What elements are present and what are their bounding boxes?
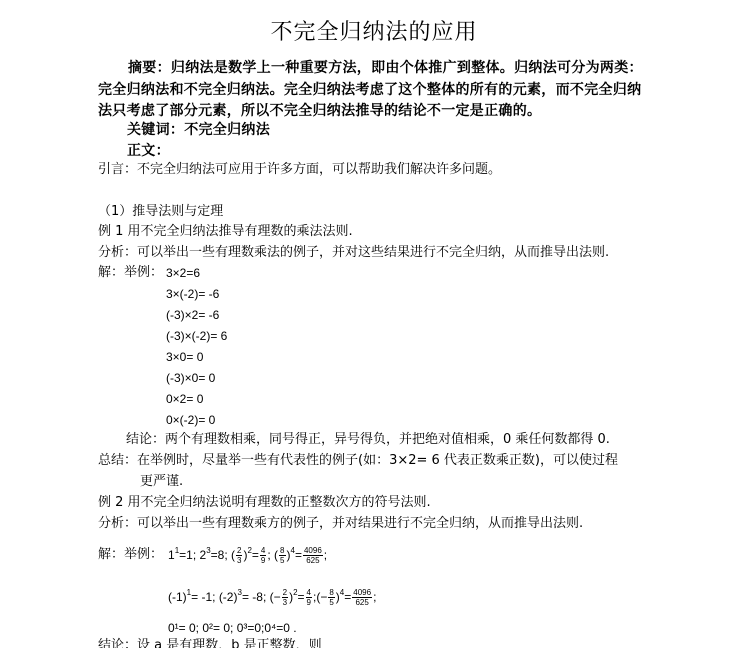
fraction: 49 xyxy=(260,546,266,565)
power-examples-zero: 0¹= 0; 0²= 0; 0³=0;0⁴=0 . xyxy=(168,618,297,638)
example-1-summary-line-1: 总结：在举例时，尽量举一些有代表性的例子(如：3×2= 6 代表正数乘正数)，可… xyxy=(98,451,618,471)
body-heading: 正文： xyxy=(127,141,170,161)
fraction: 23 xyxy=(282,588,288,607)
fraction: 4096625 xyxy=(303,546,323,565)
equation-8: 0×(-2)= 0 xyxy=(166,410,215,430)
abstract-line-2: 完全归纳法和不完全归纳法。完全归纳法考虑了这个整体的所有的元素，而不完全归纳 xyxy=(98,80,641,100)
equation-5: 3×0= 0 xyxy=(166,347,203,367)
equation-2: 3×(-2)= -6 xyxy=(166,284,219,304)
example-1-solution-label: 解：举例： xyxy=(98,263,163,283)
example-2-title: 例 2 用不完全归纳法说明有理数的正整数次方的符号法则. xyxy=(98,493,431,513)
example-1-summary-line-2: 更严谨. xyxy=(140,472,183,492)
abstract-line-3: 法只考虑了部分元素，所以不完全归纳法推导的结论不一定是正确的。 xyxy=(98,101,541,121)
example-1-analysis: 分析：可以举出一些有理数乘法的例子，并对这些结果进行不完全归纳，从而推导出法则. xyxy=(98,243,609,263)
equation-6: (-3)×0= 0 xyxy=(166,368,215,388)
fraction: 85 xyxy=(279,546,285,565)
section-heading: （1）推导法则与定理 xyxy=(98,202,223,222)
equation-7: 0×2= 0 xyxy=(166,389,203,409)
intro-paragraph: 引言：不完全归纳法可应用于许多方面，可以帮助我们解决许多问题。 xyxy=(98,160,501,180)
equation-1: 3×2=6 xyxy=(166,263,200,283)
keywords: 关键词：不完全归纳法 xyxy=(127,120,270,140)
example-1-title: 例 1 用不完全归纳法推导有理数的乘法法则. xyxy=(98,222,353,242)
document-title: 不完全归纳法的应用 xyxy=(0,18,748,48)
document-page: 不完全归纳法的应用 摘要：归纳法是数学上一种重要方法，即由个体推广到整体。归纳法… xyxy=(0,0,748,648)
example-1-conclusion: 结论：两个有理数相乘，同号得正，异号得负，并把绝对值相乘，0 乘任何数都得 0. xyxy=(126,430,610,450)
power-examples-negative: (-1)1= -1; (-2)3= -8; (−23)2=49;(−85)4=4… xyxy=(168,582,376,612)
power-examples-positive: 11=1; 23=8; (23)2=49; (85)4=4096625; xyxy=(168,540,327,570)
fraction: 23 xyxy=(236,546,242,565)
fraction: 4096625 xyxy=(352,588,372,607)
example-2-analysis: 分析：可以举出一些有理数乘方的例子，并对结果进行不完全归纳，从而推导出法则. xyxy=(98,514,583,534)
fraction: 85 xyxy=(328,588,334,607)
abstract-line-1: 摘要：归纳法是数学上一种重要方法，即由个体推广到整体。归纳法可分为两类： xyxy=(128,58,643,78)
example-2-solution-label: 解：举例： xyxy=(98,545,163,565)
equation-4: (-3)×(-2)= 6 xyxy=(166,326,227,346)
equation-3: (-3)×2= -6 xyxy=(166,305,219,325)
example-2-conclusion-partial: 结论：设 a 是有理数，b 是正整数，则 xyxy=(98,636,322,648)
fraction: 49 xyxy=(306,588,312,607)
